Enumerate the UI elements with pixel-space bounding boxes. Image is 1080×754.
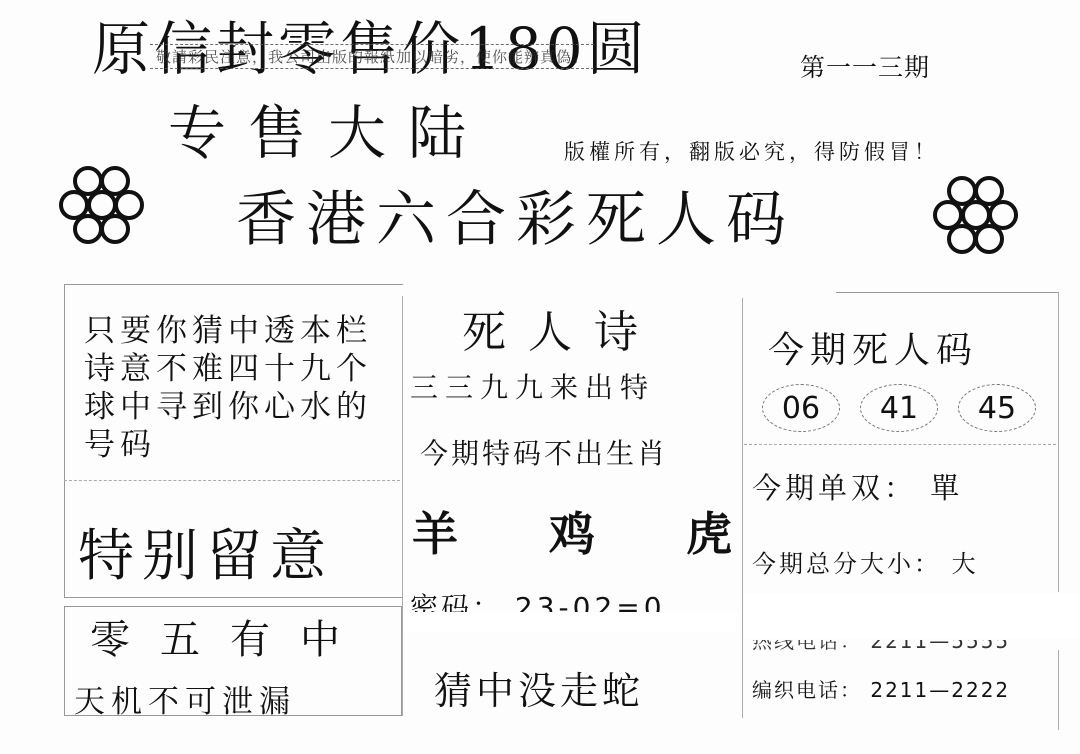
big-small: 今期总分大小： 大 (752, 544, 979, 579)
hotline-label: 热线电话： (752, 640, 862, 653)
editor-number: 2211—2222 (870, 678, 1010, 702)
hint-text: 零五有中 (90, 608, 370, 665)
odd-even-label: 今期单双： (752, 471, 917, 505)
special-notice: 特别留意 (78, 512, 334, 592)
divider (1058, 292, 1059, 592)
dead-numbers: 06 41 45 (762, 384, 1036, 432)
editor-phone: 编织电话： 2211—2222 (752, 674, 1010, 703)
zodiac-item: 羊 (412, 498, 458, 564)
closing-line: 猜中没走蛇 (434, 660, 644, 715)
big-small-value: 大 (952, 550, 979, 578)
dead-poem-line: 三三九九来出特 (410, 366, 655, 406)
no-zodiac-label: 今期特码不出生肖 (420, 432, 668, 472)
number-ball: 45 (958, 384, 1036, 432)
dead-poem-title: 死人诗 (462, 296, 660, 360)
divider (742, 298, 743, 718)
hotline: 热线电话： 2211—5555 (752, 640, 1010, 656)
scan-cutoff (744, 594, 1080, 638)
issue-number: 第一一三期 (800, 48, 930, 84)
watermark-notice: 敬請彩民注意，我公司出版的報紙加以暗劣，使你能辨真偽。 (150, 44, 594, 69)
dead-numbers-title: 今期死人码 (768, 322, 978, 373)
exclusive-banner: 专售大陆 (168, 98, 488, 168)
divider (64, 480, 400, 482)
main-headline: 香港六合彩死人码 (236, 184, 796, 256)
zodiac-item: 虎 (686, 498, 732, 564)
number-ball: 06 (762, 384, 840, 432)
poem-intro: 只要你猜中透本栏诗意不难四十九个球中寻到你心水的号码 (84, 312, 404, 464)
number-ball: 41 (860, 384, 938, 432)
flower-icon (54, 166, 154, 258)
editor-label: 编织电话： (752, 678, 862, 702)
copyright-notice: 版權所有，翻版必究，得防假冒！ (564, 136, 939, 166)
odd-even: 今期单双： 單 (752, 466, 963, 507)
divider (744, 444, 1056, 446)
hotline-number: 2211—5555 (870, 640, 1010, 653)
scan-cutoff (404, 612, 740, 632)
divider (1058, 650, 1059, 730)
big-small-label: 今期总分大小： (752, 550, 941, 578)
odd-even-value: 單 (930, 471, 963, 505)
flower-icon (928, 176, 1028, 268)
divider (836, 292, 1058, 294)
zodiac-list: 羊 鸡 虎 (412, 498, 732, 564)
secret-text: 天机不可泄漏 (74, 676, 296, 721)
zodiac-item: 鸡 (549, 498, 595, 564)
